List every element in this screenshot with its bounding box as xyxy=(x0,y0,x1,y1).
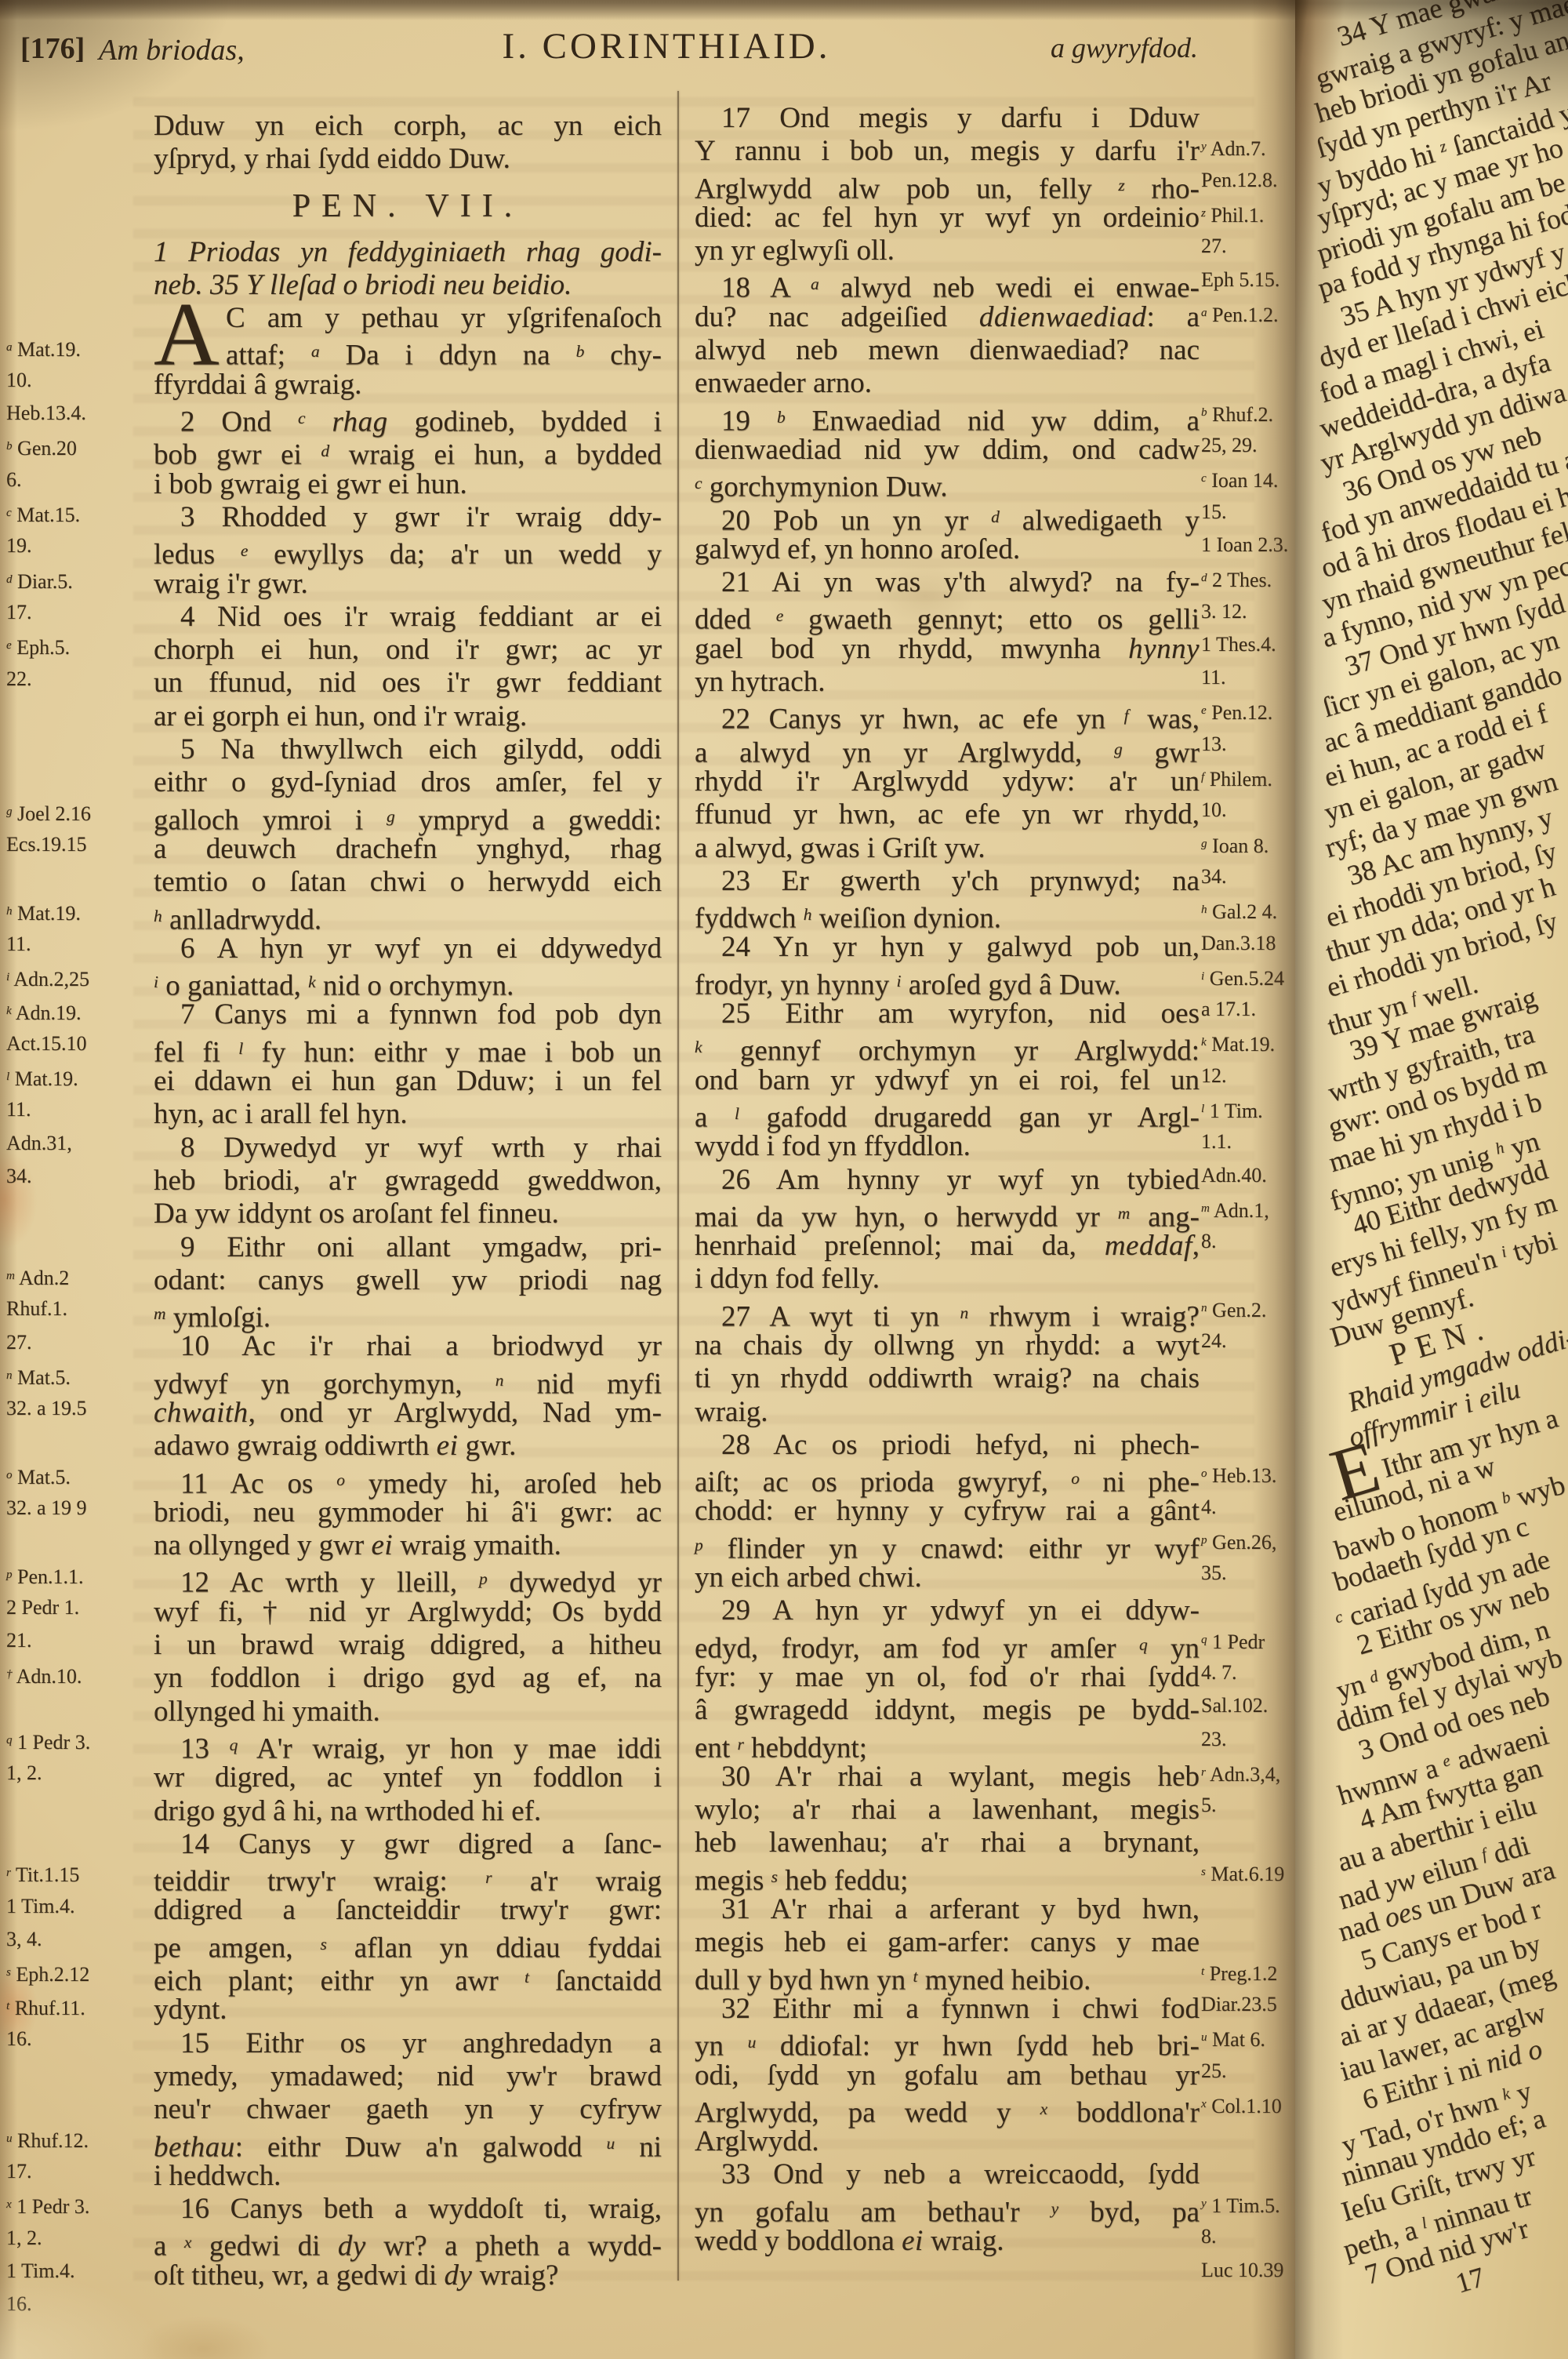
text-line: ei ddawn ei hun gan Dduw; i un fel xyxy=(154,1065,662,1098)
margin-reference: Sal.102. xyxy=(1201,1694,1268,1717)
drop-cap: A xyxy=(154,302,218,368)
text-line: frodyr, yn hynny i aroſed gyd â Duw. xyxy=(695,965,1200,998)
text-line: Dduw yn eich corph, ac yn eich xyxy=(154,110,662,143)
margin-reference: m Adn.2 xyxy=(6,1264,69,1290)
text-line: yn foddlon i drigo gyd ag ef, na xyxy=(154,1662,662,1695)
text-line: enwaeder arno. xyxy=(695,367,1200,400)
margin-reference: 34. xyxy=(1201,865,1227,889)
margin-reference: 1 Ioan 2.3. xyxy=(1201,533,1288,557)
text-line: ymedy, ymadawed; nid yw'r brawd xyxy=(154,2060,662,2093)
text-line: odant: canys gwell yw priodi nag xyxy=(154,1264,662,1297)
text-line: 9 Eithr oni allant ymgadw, pri- xyxy=(154,1231,662,1264)
margin-reference: c Mat.15. xyxy=(6,501,80,527)
text-line: PEN. VII. xyxy=(154,176,662,236)
text-line: 1 Priodas yn feddyginiaeth rhag godi- xyxy=(154,236,662,269)
text-line: yſpryd, y rhai ſydd eiddo Duw. xyxy=(154,143,662,176)
margin-reference: 19. xyxy=(6,534,32,558)
text-line: aiſt; ac os prioda gwyryf, o ni phe- xyxy=(695,1462,1200,1495)
margin-reference: 34. xyxy=(6,1165,32,1188)
margin-reference: g Joel 2.16 xyxy=(6,800,91,826)
text-line: gael bod yn rhydd, mwynha hynny xyxy=(695,633,1200,666)
text-line: k gennyf orchymyn yr Arglwydd: xyxy=(695,1030,1200,1063)
text-line: na chais dy ollwng yn rhydd: a wyt xyxy=(695,1329,1200,1362)
margin-reference: i Adn.2,25 xyxy=(6,965,89,991)
text-line: adawo gwraig oddiwrth ei gwr. xyxy=(154,1430,662,1463)
margin-reference: s Eph.2.12 xyxy=(6,1961,89,1986)
left-margin-references: a Mat.19.10.Heb.13.4.b Gen.206.c Mat.15.… xyxy=(6,110,151,2345)
text-line: yn gofalu am bethau'r y byd, pa xyxy=(695,2192,1200,2225)
text-line: un ffunud, nid oes i'r gwr feddiant xyxy=(154,667,662,700)
margin-reference: 1, 2. xyxy=(6,2226,42,2250)
margin-reference: c Ioan 14. xyxy=(1201,467,1278,493)
text-line: wr digred, ac yntef yn foddlon i xyxy=(154,1761,662,1794)
margin-reference: 8. xyxy=(1201,2225,1217,2248)
page-number: [176] xyxy=(20,31,85,66)
text-line: 18 A a alwyd neb wedi ei enwae- xyxy=(695,267,1200,300)
text-line: 28 Ac os priodi hefyd, ni phech- xyxy=(695,1429,1200,1462)
margin-reference: l 1 Tim. xyxy=(1201,1097,1263,1123)
margin-reference: m Adn.1, xyxy=(1201,1197,1269,1223)
text-line: ffyrddai â gwraig. xyxy=(154,369,662,402)
margin-reference: l Mat.19. xyxy=(6,1065,78,1091)
margin-reference: o Heb.13. xyxy=(1201,1462,1276,1488)
margin-reference: Rhuf.1. xyxy=(6,1297,67,1321)
margin-reference: r Tit.1.15 xyxy=(6,1861,79,1887)
margin-reference: Dan.3.18 xyxy=(1201,932,1276,955)
text-line: a x gedwi di dy wr? a pheth a wydd- xyxy=(154,2226,662,2259)
text-line: 33 Ond y neb a wreiccaodd, ſydd xyxy=(695,2158,1200,2191)
margin-reference: Eph 5.15. xyxy=(1201,268,1279,292)
margin-reference: 25, 29. xyxy=(1201,434,1258,457)
text-line: du? nac adgeiſied ddienwaediad: a xyxy=(695,301,1200,334)
text-line: odi, ſydd yn gofalu am bethau yr xyxy=(695,2059,1200,2092)
text-line: 7 Canys mi a fynnwn fod pob dyn xyxy=(154,998,662,1031)
margin-reference: 22. xyxy=(6,667,32,691)
left-text-column: Dduw yn eich corph, ac yn eichyſpryd, y … xyxy=(154,110,662,2292)
margin-reference: h Mat.19. xyxy=(6,900,81,925)
text-line: 11 Ac os o ymedy hi, aroſed heb xyxy=(154,1463,662,1496)
text-line: a alwyd yn yr Arglwydd, g gwr xyxy=(695,732,1200,765)
text-line: C am y pethau yr yſgrifenaſoch xyxy=(154,302,662,335)
text-line: galwyd ef, yn honno aroſed. xyxy=(695,533,1200,566)
bible-page-photo-root: { "palette":{"paper":"#ddc795","paper_li… xyxy=(0,0,1568,2359)
text-line: ond barn yr ydwyf yn ei roi, fel un xyxy=(695,1064,1200,1097)
margin-reference: 5. xyxy=(1201,1794,1217,1817)
text-line: 20 Pob un yn yr d alwedigaeth y xyxy=(695,500,1200,533)
text-line: rhydd i'r Arglwydd ydyw: a'r un xyxy=(695,765,1200,798)
text-line: attaf; a Da i ddyn na b chy- xyxy=(154,335,662,368)
text-line: 17 Ond megis y darfu i Dduw xyxy=(695,102,1200,135)
text-line: eithr o gyd-ſyniad dros amſer, fel y xyxy=(154,766,662,799)
margin-reference: 11. xyxy=(6,932,31,956)
margin-reference: k Mat.19. xyxy=(1201,1030,1275,1056)
margin-reference: 24. xyxy=(1201,1329,1227,1353)
text-line: mai da yw hyn, o herwydd yr m ang- xyxy=(695,1197,1200,1230)
margin-reference: p Pen.1.1. xyxy=(6,1563,84,1589)
text-line: h anlladrwydd. xyxy=(154,900,662,932)
margin-reference: u Rhuf.12. xyxy=(6,2127,89,2153)
text-line: drigo gyd â hi, na wrthoded hi ef. xyxy=(154,1795,662,1828)
text-line: 26 Am hynny yr wyf yn tybied xyxy=(695,1164,1200,1197)
margin-reference: a 17.1. xyxy=(1201,998,1256,1021)
margin-reference: i Gen.5.24 xyxy=(1201,965,1284,990)
text-line: 16 Canys beth a wyddoſt ti, wraig, xyxy=(154,2193,662,2226)
text-line: 13 q A'r wraig, yr hon y mae iddi xyxy=(154,1728,662,1761)
margin-reference: 2 Pedr 1. xyxy=(6,1596,79,1619)
text-line: briodi, neu gymmoder hi â'i gwr: ac xyxy=(154,1496,662,1529)
text-line: 4 Nid oes i'r wraig feddiant ar ei xyxy=(154,601,662,634)
text-line: chwaith, ond yr Arglwydd, Nad ym- xyxy=(154,1397,662,1430)
text-line: i heddwch. xyxy=(154,2160,662,2193)
margin-reference: s Mat.6.19 xyxy=(1201,1860,1284,1886)
text-line: 8 Dywedyd yr wyf wrth y rhai xyxy=(154,1132,662,1165)
text-line: pe amgen, s aflan yn ddiau fyddai xyxy=(154,1928,662,1961)
margin-reference: 8. xyxy=(1201,1230,1217,1253)
text-line: edyd, frodyr, am fod yr amſer q yn xyxy=(695,1628,1200,1661)
text-line: chorph ei hun, ond i'r gwr; ac yr xyxy=(154,634,662,667)
text-line: oſt titheu, wr, a gedwi di dy wraig? xyxy=(154,2259,662,2292)
margin-reference: 3. 12. xyxy=(1201,600,1247,623)
margin-reference: 16. xyxy=(6,2292,32,2316)
text-line: yn eich arbed chwi. xyxy=(695,1561,1200,1594)
margin-reference: 15. xyxy=(1201,500,1227,524)
text-line: i un brawd wraig ddigred, a hitheu xyxy=(154,1629,662,1662)
text-line: galloch ymroi i g ympryd a gweddi: xyxy=(154,800,662,833)
margin-reference: p Gen.26, xyxy=(1201,1528,1276,1554)
text-line: wylo; a'r rhai a lawenhant, megis xyxy=(695,1794,1200,1826)
margin-reference: b Gen.20 xyxy=(6,434,77,460)
text-line: fel fi l fy hun: eithr y mae i bob un xyxy=(154,1032,662,1065)
margin-reference: f Philem. xyxy=(1201,765,1272,791)
margin-reference: d 2 Thes. xyxy=(1201,566,1272,592)
margin-reference: t Preg.1.2 xyxy=(1201,1960,1277,1986)
page-photo: [176] Am briodas, I. CORINTHIAID. a gwyr… xyxy=(0,0,1568,2359)
text-line: fyddwch h weiſion dynion. xyxy=(695,898,1200,931)
margin-reference: 27. xyxy=(1201,234,1227,258)
margin-reference: 1 Tim.4. xyxy=(6,1895,74,1918)
margin-reference: Ecs.19.15 xyxy=(6,833,87,856)
text-line: â gwragedd iddynt, megis pe bydd- xyxy=(695,1694,1200,1727)
text-line: 10 Ac i'r rhai a briodwyd yr xyxy=(154,1330,662,1363)
text-line: teiddir trwy'r wraig: r a'r wraig xyxy=(154,1861,662,1894)
text-line: henrhaid preſennol; mai da, meddaf, xyxy=(695,1230,1200,1263)
margin-reference: 32. a 19 9 xyxy=(6,1496,87,1520)
margin-reference: n Mat.5. xyxy=(6,1364,71,1390)
text-line: ydynt. xyxy=(154,1994,662,2026)
curled-page-text: 34 Y mae gwahgwraig a gwyryf: y maeheb b… xyxy=(1316,27,1568,2335)
margin-reference: 3, 4. xyxy=(6,1928,42,1951)
margin-reference: a Mat.19. xyxy=(6,336,81,362)
text-line: 5 Na thwyllwch eich gilydd, oddi xyxy=(154,733,662,766)
margin-reference: 4. xyxy=(1201,1496,1217,1519)
text-line: 29 A hyn yr ydwyf yn ei ddyw- xyxy=(695,1594,1200,1627)
margin-reference: 10. xyxy=(1201,798,1227,822)
margin-reference: o Mat.5. xyxy=(6,1463,71,1489)
margin-reference: 27. xyxy=(6,1331,32,1354)
margin-reference: r Adn.3,4, xyxy=(1201,1761,1280,1787)
margin-reference: 13. xyxy=(1201,732,1227,756)
margin-reference: Luc 10.39 xyxy=(1201,2259,1283,2282)
text-line: m ymloſgi. xyxy=(154,1297,662,1330)
text-line: eich plant; eithr yn awr t ſanctaidd xyxy=(154,1961,662,1994)
text-line: 3 Rhodded y gwr i'r wraig ddy- xyxy=(154,501,662,534)
text-line: Arglwydd alw pob un, felly z rho- xyxy=(695,169,1200,202)
text-line: wraig. xyxy=(695,1396,1200,1429)
text-line: 30 A'r rhai a wylant, megis heb xyxy=(695,1761,1200,1794)
text-line: dded e gwaeth gennyt; etto os gelli xyxy=(695,599,1200,632)
margin-reference: 12. xyxy=(1201,1064,1227,1088)
margin-reference: 10. xyxy=(6,369,32,392)
margin-reference: k Adn.19. xyxy=(6,999,82,1025)
book-page: [176] Am briodas, I. CORINTHIAID. a gwyr… xyxy=(0,0,1301,2359)
margin-reference: n Gen.2. xyxy=(1201,1296,1266,1322)
text-line: Arglwydd, pa wedd y x boddlona'r xyxy=(695,2092,1200,2125)
margin-reference: e Eph.5. xyxy=(6,634,70,660)
margin-reference: Heb.13.4. xyxy=(6,402,86,425)
text-line: 12 Ac wrth y lleill, p dywedyd yr xyxy=(154,1562,662,1595)
margin-reference: d Diar.5. xyxy=(6,568,73,594)
text-line: ar ei gorph ei hun, ond i'r wraig. xyxy=(154,700,662,733)
text-line: hyn, ac i arall fel hyn. xyxy=(154,1098,662,1131)
margin-reference: Diar.23.5 xyxy=(1201,1993,1277,2016)
text-line: yn hytrach. xyxy=(695,666,1200,699)
text-line: heb lawenhau; a'r rhai a brynant, xyxy=(695,1826,1200,1859)
margin-reference: z Phil.1. xyxy=(1201,202,1264,227)
text-line: 24 Yn yr hyn y galwyd pob un, xyxy=(695,931,1200,964)
running-title-right: a gwyryfdod. xyxy=(1051,31,1198,64)
text-line: c gorchymynion Duw. xyxy=(695,467,1200,500)
text-line: p flinder yn y cnawd: eithr yr wyf xyxy=(695,1528,1200,1561)
text-line: Y rannu i bob un, megis y darfu i'r xyxy=(695,135,1200,168)
text-line: Arglwydd. xyxy=(695,2125,1200,2158)
text-line: 19 b Enwaediad nid yw ddim, a xyxy=(695,401,1200,434)
margin-reference: x Col.1.10 xyxy=(1201,2092,1282,2118)
text-line: 21 Ai yn was y'th alwyd? na fy- xyxy=(695,566,1200,599)
text-line: megis heb ei gam-arfer: canys y mae xyxy=(695,1926,1200,1959)
text-line: chodd: er hynny y cyfryw rai a gânt xyxy=(695,1495,1200,1528)
text-line: Da yw iddynt os aroſant fel finneu. xyxy=(154,1198,662,1230)
curled-next-page: 34 Y mae gwahgwraig a gwyryf: y maeheb b… xyxy=(1295,0,1568,2359)
text-line: i ddyn fod felly. xyxy=(695,1263,1200,1296)
text-line: ollynged hi ymaith. xyxy=(154,1696,662,1728)
middle-margin-references: y Adn.7.Pen.12.8.z Phil.1.27.Eph 5.15.a … xyxy=(1201,102,1300,2353)
margin-reference: 11. xyxy=(1201,666,1226,689)
margin-reference: Act.15.10 xyxy=(6,1032,87,1056)
text-line: wyf fi, † nid yr Arglwydd; Os bydd xyxy=(154,1596,662,1629)
middle-text-column: 17 Ond megis y darfu i DduwY rannu i bob… xyxy=(695,102,1200,2258)
text-line: 23 Er gwerth y'ch prynwyd; na xyxy=(695,865,1200,898)
text-line: died: ac fel hyn yr wyf yn ordeinio xyxy=(695,202,1200,234)
margin-reference: Pen.12.8. xyxy=(1201,169,1278,192)
text-line: neu'r chwaer gaeth yn y cyfryw xyxy=(154,2093,662,2126)
text-line: wedd y boddlona ei wraig. xyxy=(695,2225,1200,2258)
margin-reference: 1, 2. xyxy=(6,1761,42,1785)
margin-reference: Adn.40. xyxy=(1201,1164,1267,1187)
margin-reference: h Gal.2 4. xyxy=(1201,898,1277,924)
text-line: neb. 35 Y lleſad o briodi neu beidio. xyxy=(154,269,662,302)
text-line: i bob gwraig ei gwr ei hun. xyxy=(154,468,662,501)
text-line: wraig i'r gwr. xyxy=(154,568,662,601)
text-line: 2 Ond c rhag godineb, bydded i xyxy=(154,402,662,434)
text-line: na ollynged y gwr ei wraig ymaith. xyxy=(154,1529,662,1562)
margin-reference: 17. xyxy=(6,2160,32,2183)
margin-reference: 11. xyxy=(6,1098,31,1121)
margin-reference: 16. xyxy=(6,2027,32,2051)
margin-reference: 23. xyxy=(1201,1728,1227,1751)
text-line: dienwaediad nid yw ddim, ond cadw xyxy=(695,434,1200,467)
margin-reference: 4. 7. xyxy=(1201,1661,1237,1685)
text-line: 14 Canys y gwr digred a ſanc- xyxy=(154,1828,662,1861)
margin-reference: † Adn.10. xyxy=(6,1663,82,1688)
text-line: ent r hebddynt; xyxy=(695,1728,1200,1761)
text-line: ydwyf yn gorchymyn, n nid myfi xyxy=(154,1364,662,1397)
text-line: 25 Eithr am wyryfon, nid oes xyxy=(695,998,1200,1030)
text-line: temtio o ſatan chwi o herwydd eich xyxy=(154,866,662,899)
margin-reference: q 1 Pedr 3. xyxy=(6,1728,90,1754)
text-line: alwyd neb mewn dienwaediad? nac xyxy=(695,334,1200,367)
text-line: bob gwr ei d wraig ei hun, a bydded xyxy=(154,434,662,467)
text-line: 27 A wyt ti yn n rhwym i wraig? xyxy=(695,1296,1200,1329)
margin-reference: 1 Tim.4. xyxy=(6,2259,74,2283)
text-line: heb briodi, a'r gwragedd gweddwon, xyxy=(154,1165,662,1198)
margin-reference: e Pen.12. xyxy=(1201,699,1272,725)
text-line: a deuwch drachefn ynghyd, rhag xyxy=(154,833,662,866)
text-line: ffunud yr hwn, ac efe yn wr rhydd, xyxy=(695,798,1200,831)
text-line: 6 A hyn yr wyf yn ei ddywedyd xyxy=(154,932,662,965)
text-line: 15 Eithr os yr anghredadyn a xyxy=(154,2027,662,2060)
text-line: 32 Eithr mi a fynnwn i chwi fod xyxy=(695,1993,1200,2026)
margin-reference: x 1 Pedr 3. xyxy=(6,2193,89,2219)
text-line: wydd i fod yn ffyddlon. xyxy=(695,1130,1200,1163)
text-line: i o ganiattad, k nid o orchymyn. xyxy=(154,965,662,998)
text-line: bethau: eithr Duw a'n galwodd u ni xyxy=(154,2127,662,2160)
text-line: ddigred a ſancteiddir trwy'r gwr: xyxy=(154,1894,662,1927)
margin-reference: 32. a 19.5 xyxy=(6,1397,87,1420)
margin-reference: g Ioan 8. xyxy=(1201,832,1269,858)
text-line: yn yr eglwyſi oll. xyxy=(695,234,1200,267)
text-line: a l gafodd drugaredd gan yr Argl- xyxy=(695,1097,1200,1130)
text-line: fyr: y mae yn ol, fod o'r rhai ſydd xyxy=(695,1661,1200,1694)
text-line: dull y byd hwn yn t myned heibio. xyxy=(695,1960,1200,1993)
text-line: yn u ddiofal: yr hwn ſydd heb bri- xyxy=(695,2026,1200,2059)
margin-reference: 6. xyxy=(6,468,22,492)
text-line: ledus e ewyllys da; a'r un wedd y xyxy=(154,534,662,567)
margin-reference: 25. xyxy=(1201,2059,1227,2083)
text-line: 31 A'r rhai a arferant y byd hwn, xyxy=(695,1893,1200,1926)
margin-reference: a Pen.1.2. xyxy=(1201,301,1279,327)
margin-reference: t Rhuf.11. xyxy=(6,1994,85,2020)
column-divider-rule xyxy=(677,91,679,2281)
margin-reference: 21. xyxy=(6,1629,32,1652)
margin-reference: 1.1. xyxy=(1201,1130,1232,1154)
margin-reference: 35. xyxy=(1201,1561,1227,1585)
margin-reference: y 1 Tim.5. xyxy=(1201,2192,1280,2218)
text-line: ti yn rhydd oddiwrth wraig? na chais xyxy=(695,1362,1200,1395)
margin-reference: u Mat 6. xyxy=(1201,2026,1265,2052)
text-line: 22 Canys yr hwn, ac efe yn f was, xyxy=(695,699,1200,732)
margin-reference: 1 Thes.4. xyxy=(1201,633,1276,656)
margin-reference: y Adn.7. xyxy=(1201,135,1266,161)
margin-reference: Adn.31, xyxy=(6,1132,72,1155)
margin-reference: q 1 Pedr xyxy=(1201,1628,1265,1654)
margin-reference: b Rhuf.2. xyxy=(1201,401,1273,427)
text-line: megis s heb feddu; xyxy=(695,1860,1200,1893)
margin-reference: 17. xyxy=(6,601,32,624)
text-line: a alwyd, gwas i Griſt yw. xyxy=(695,832,1200,865)
